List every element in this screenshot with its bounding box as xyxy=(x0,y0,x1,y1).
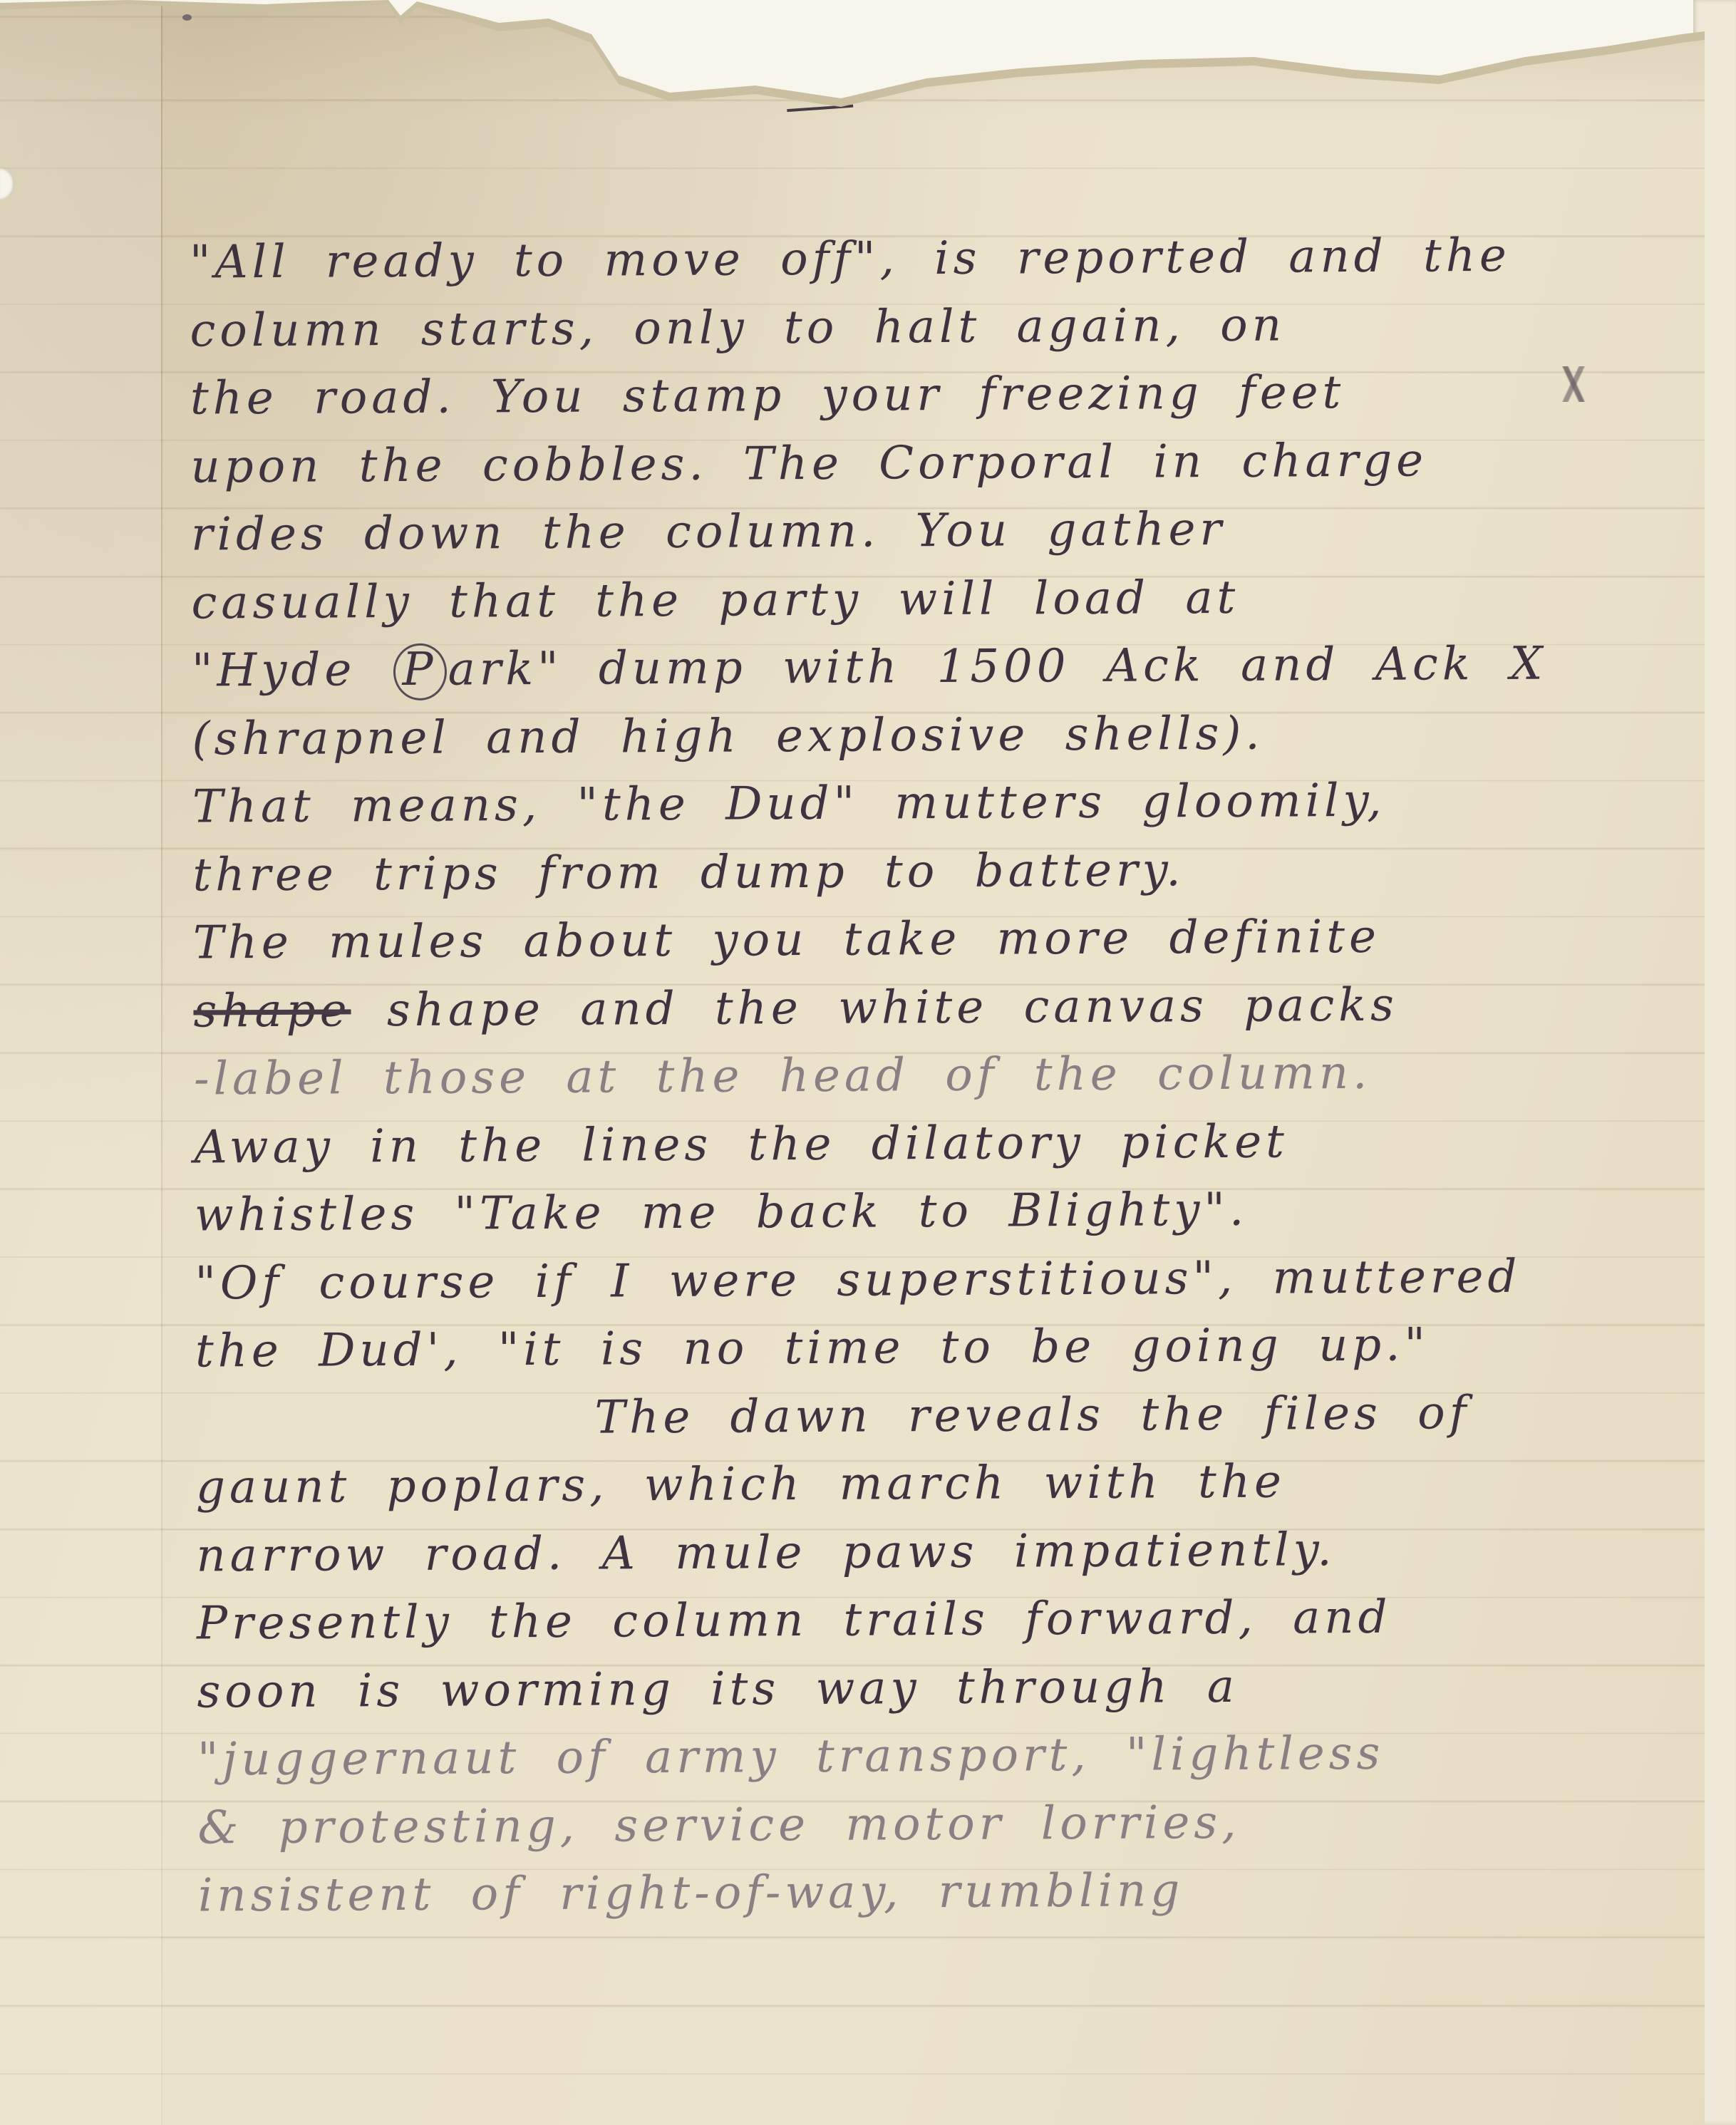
text-run: three trips from dump to battery. xyxy=(192,844,1185,901)
text-run: whistles "Take me back to Blighty". xyxy=(195,1184,1249,1242)
manuscript-line: The mules about you take more definite xyxy=(193,909,1697,985)
left-margin xyxy=(0,0,161,2125)
manuscript-line: "Hyde Park" dump with 1500 Ack and Ack X xyxy=(192,636,1695,713)
text-run: "All ready to move off", is reported and… xyxy=(190,229,1511,289)
manuscript-line: the road. You stamp your freezing feet xyxy=(190,364,1694,440)
text-run: casually that the party will load at xyxy=(191,571,1239,629)
text-run: & protesting, service motor lorries, xyxy=(197,1796,1240,1854)
manuscript-scan: III "All ready to move off", is reported… xyxy=(0,0,1736,2125)
circled-letter: P xyxy=(393,643,446,700)
pencil-smudge xyxy=(1558,366,1589,402)
manuscript-line: The dawn reveals the files of xyxy=(195,1385,1699,1462)
text-run: upon the cobbles. The Corporal in charge xyxy=(190,434,1427,493)
text-run: "Of course if I were superstitious", mut… xyxy=(195,1250,1521,1310)
text-run: the Dud', "it is no time to be going up.… xyxy=(195,1318,1430,1377)
text-run: the road. You stamp your freezing feet xyxy=(190,366,1345,425)
text-run: soon is worming its way through a xyxy=(197,1660,1239,1718)
manuscript-line: "All ready to move off", is reported and… xyxy=(190,228,1693,304)
text-run: The mules about you take more definite xyxy=(193,911,1380,970)
manuscript-line: That means, "the Dud" mutters gloomily, xyxy=(192,772,1696,849)
text-run: "juggernaut of army transport, "lightles… xyxy=(197,1727,1385,1787)
text-run: gaunt poplars, which march with the xyxy=(196,1456,1286,1514)
ink-dot xyxy=(182,14,192,21)
text-run: That means, "the Dud" mutters gloomily, xyxy=(192,775,1386,834)
manuscript-line: Away in the lines the dilatory picket xyxy=(194,1113,1698,1189)
fold-crease xyxy=(161,0,162,2125)
manuscript-line: column starts, only to halt again, on xyxy=(190,296,1693,373)
text-run: Presently the column trails forward, and xyxy=(197,1591,1392,1650)
manuscript-line: upon the cobbles. The Corporal in charge xyxy=(190,433,1694,509)
manuscript-line: whistles "Take me back to Blighty". xyxy=(195,1181,1698,1257)
manuscript-line: (shrapnel and high explosive shells). xyxy=(192,705,1695,781)
manuscript-line: casually that the party will load at xyxy=(191,569,1695,645)
manuscript-page: III "All ready to move off", is reported… xyxy=(0,0,1736,2125)
manuscript-text: "All ready to move off", is reported and… xyxy=(190,228,1702,1938)
manuscript-line: gaunt poplars, which march with the xyxy=(196,1453,1700,1529)
manuscript-line: & protesting, service motor lorries, xyxy=(197,1794,1701,1870)
text-run: The dawn reveals the files of xyxy=(594,1387,1470,1444)
manuscript-line: "Of course if I were superstitious", mut… xyxy=(195,1249,1698,1325)
text-run: ark" dump with 1500 Ack and Ack X xyxy=(448,638,1546,696)
text-run: rides down the column. You gather xyxy=(191,503,1226,562)
text-run: narrow road. A mule paws impatiently. xyxy=(196,1524,1336,1582)
text-run: -label those at the head of the column. xyxy=(194,1047,1372,1106)
struck-word: shape xyxy=(193,984,351,1038)
manuscript-line: the Dud', "it is no time to be going up.… xyxy=(195,1317,1699,1393)
manuscript-line: narrow road. A mule paws impatiently. xyxy=(196,1521,1700,1598)
manuscript-line: insistent of right-of-way, rumbling xyxy=(198,1861,1702,1938)
manuscript-line: soon is worming its way through a xyxy=(197,1658,1700,1734)
manuscript-line: three trips from dump to battery. xyxy=(192,841,1696,917)
text-run: "Hyde xyxy=(192,643,392,697)
manuscript-line: shape shape and the white canvas packs xyxy=(193,977,1697,1053)
text-run: Away in the lines the dilatory picket xyxy=(194,1115,1288,1174)
text-run: (shrapnel and high explosive shells). xyxy=(192,707,1264,765)
text-run: shape and the white canvas packs xyxy=(351,978,1398,1037)
manuscript-line: "juggernaut of army transport, "lightles… xyxy=(197,1725,1701,1801)
manuscript-line: -label those at the head of the column. xyxy=(194,1045,1698,1121)
manuscript-line: rides down the column. You gather xyxy=(191,500,1695,577)
manuscript-line: Presently the column trails forward, and xyxy=(197,1589,1700,1665)
text-run: insistent of right-of-way, rumbling xyxy=(198,1864,1184,1922)
text-run: column starts, only to halt again, on xyxy=(190,299,1286,357)
